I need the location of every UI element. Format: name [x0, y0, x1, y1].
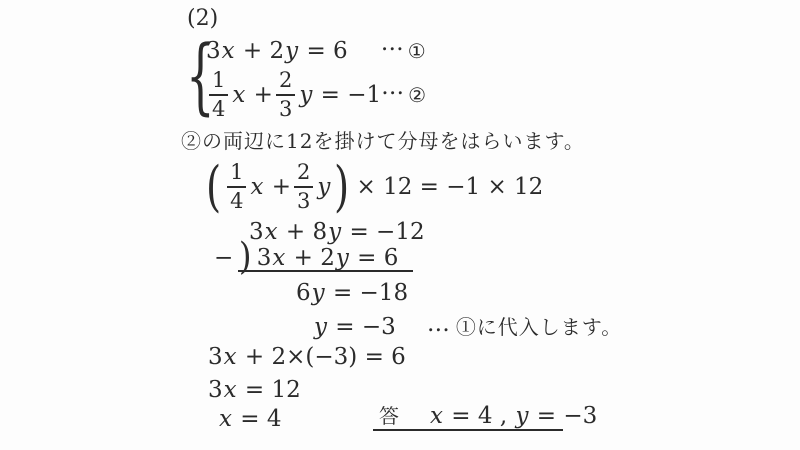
subtraction-result: 6y = −18 — [296, 280, 408, 306]
fraction-one-quarter: 14 — [209, 70, 228, 120]
fraction-denominator: 3 — [276, 94, 295, 120]
ellipsis: … — [427, 311, 451, 337]
minus-sign: − — [214, 245, 233, 271]
big-close-paren: ) — [334, 160, 349, 214]
circled-number-1: ① — [408, 40, 426, 63]
substitute-note: ①に代入します。 — [456, 315, 622, 339]
substitution-line-2: 3x = 12 — [208, 377, 301, 403]
ellipsis: … — [381, 74, 405, 100]
fraction-denominator: 4 — [209, 94, 228, 120]
equation-1-body: 3x + 2y = 6 — [206, 38, 348, 64]
answer-underline — [373, 429, 563, 431]
answer-line: 答 x = 4 , y = −3 — [379, 403, 597, 429]
substitution-line-3: x = 4 — [218, 406, 282, 432]
fraction-numerator: 2 — [276, 70, 295, 94]
instruction-text: ②の両辺に12を掛けて分母をはらいます。 — [181, 129, 585, 153]
circled-number-2: ② — [408, 84, 426, 107]
multiply-line: ( 14 x + 23 y ) × 12 = −1 × 12 — [203, 161, 543, 213]
fraction-one-quarter: 14 — [227, 162, 246, 212]
subtraction-rule-line — [238, 270, 413, 272]
fraction-denominator: 3 — [294, 186, 313, 212]
equation-2-tail: y = −1 — [298, 82, 381, 108]
fraction-two-thirds: 23 — [294, 162, 313, 212]
big-open-paren: ( — [206, 160, 221, 214]
multiply-rhs: × 12 = −1 × 12 — [356, 174, 543, 200]
multiply-y: y — [316, 174, 331, 200]
equation-2: 14 x + 23 y = −1 … ② — [206, 70, 426, 120]
ellipsis: … — [381, 30, 405, 56]
fraction-numerator: 2 — [294, 162, 313, 186]
answer-value: x = 4 , y = −3 — [429, 403, 597, 429]
subtraction-subtrahend: 3x + 2y = 6 — [257, 245, 399, 271]
equation-1: 3x + 2y = 6 … ① — [206, 38, 426, 64]
fraction-numerator: 1 — [227, 162, 246, 186]
fraction-two-thirds: 23 — [276, 70, 295, 120]
problem-label: (2) — [187, 6, 218, 31]
worksheet-page: (2) { 3x + 2y = 6 … ① 14 x + 23 y = −1 …… — [0, 0, 800, 450]
y-value: y = −3 — [313, 314, 396, 340]
fraction-denominator: 4 — [227, 186, 246, 212]
solve-y-line: y = −3 … ①に代入します。 — [313, 314, 622, 340]
substitution-line-1: 3x + 2×(−3) = 6 — [208, 344, 406, 370]
multiply-middle: x + — [249, 174, 291, 200]
fraction-numerator: 1 — [209, 70, 228, 94]
subtraction-paren: ) — [239, 238, 252, 275]
answer-label: 答 — [379, 404, 400, 428]
equation-system: { 3x + 2y = 6 … ① 14 x + 23 y = −1 … ② — [186, 33, 416, 125]
equation-2-middle: x + — [231, 82, 273, 108]
